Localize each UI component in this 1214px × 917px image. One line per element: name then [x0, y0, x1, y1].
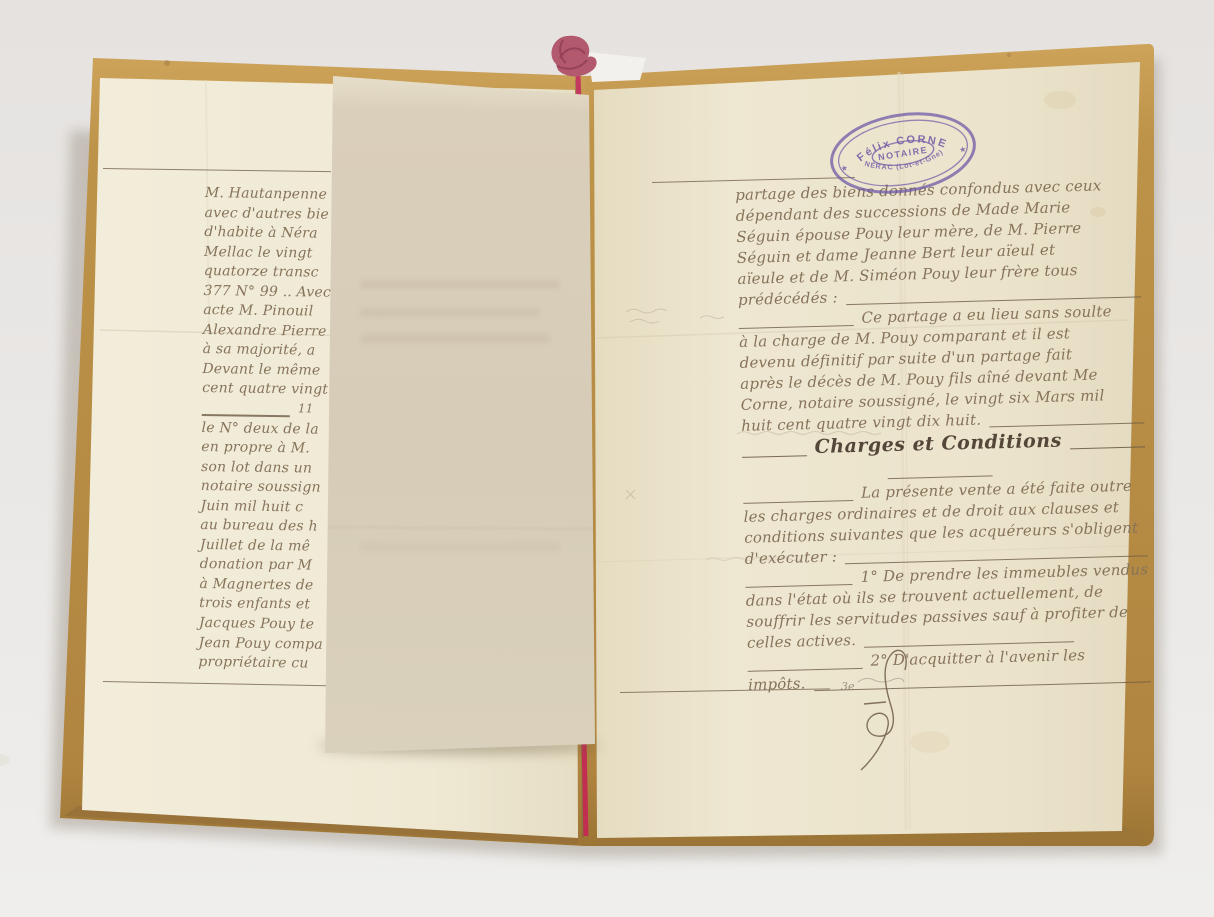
handwritten-text: d'exécuter : — [745, 547, 838, 567]
ink-fill-rule — [748, 668, 863, 672]
stamp-star-left-icon: ★ — [840, 163, 848, 173]
handwritten-text: Mellac le vingt — [204, 244, 313, 262]
handwritten-text: son lot dans un — [201, 459, 312, 477]
sheet-crease — [322, 526, 598, 530]
right-page-text: partage des biens donnés confondus avec … — [735, 175, 1151, 696]
handwritten-text: à Magnertes de — [199, 576, 313, 594]
handwritten-text: impôts. — [748, 674, 806, 694]
handwritten-text: donation par M — [200, 556, 313, 574]
ink-fill-rule — [743, 500, 853, 504]
ink-fill-rule — [989, 422, 1144, 427]
photographed-notarial-deed: M. Hautanpenneavec d'autres bied'habite … — [0, 0, 1214, 917]
handwritten-text: Alexandre Pierre — [203, 322, 327, 340]
handwritten-text: cent quatre vingt — [202, 380, 328, 398]
ink-fill-rule — [745, 584, 852, 588]
ink-fill-rule — [1070, 446, 1145, 449]
handwritten-text: en propre à M. — [201, 439, 310, 457]
handwritten-text: Juin mil huit c — [200, 498, 303, 515]
handwritten-text: Juillet de la mê — [200, 537, 310, 555]
ink-fill-rule — [739, 325, 854, 329]
cover-spot — [1007, 53, 1011, 57]
handwritten-text: Devant le même — [202, 361, 320, 379]
ink-bleedthrough — [360, 280, 560, 289]
handwritten-text: d'habite à Néra — [204, 224, 318, 242]
handwritten-text: Jean Pouy compa — [198, 635, 322, 653]
handwritten-text: M. Hautanpenne — [205, 185, 327, 203]
stamp-star-right-icon: ★ — [959, 145, 967, 155]
handwritten-text: notaire soussign — [201, 478, 321, 496]
ink-bleedthrough — [360, 308, 540, 317]
handwritten-text: au bureau des h — [200, 517, 318, 535]
cover-spot — [164, 60, 170, 66]
handwritten-text: 377 N° 99 .. Avec — [203, 283, 331, 301]
handwritten-text: 11 — [298, 401, 314, 415]
handwritten-text: Jacques Pouy te — [199, 615, 314, 633]
handwritten-text: le N° deux de la — [202, 420, 319, 438]
ink-bleedthrough — [360, 542, 560, 551]
handwritten-text: avec d'autres bie — [205, 205, 330, 223]
handwritten-text: acte M. Pinouil — [203, 302, 313, 320]
ink-fill-rule — [202, 414, 290, 416]
handwritten-text: à sa majorité, a — [203, 341, 316, 359]
handwritten-text: prédécédés : — [738, 288, 838, 309]
ink-fill-rule — [888, 475, 993, 479]
ink-fill-rule — [742, 455, 807, 458]
handwritten-text: trois enfants et — [199, 595, 310, 613]
ink-bleedthrough — [360, 334, 550, 343]
handwritten-text: quatorze transc — [204, 263, 319, 281]
handwritten-text: celles actives. — [747, 631, 857, 652]
handwritten-text: propriétaire cu — [198, 654, 308, 672]
loose-blank-sheet — [322, 72, 598, 756]
